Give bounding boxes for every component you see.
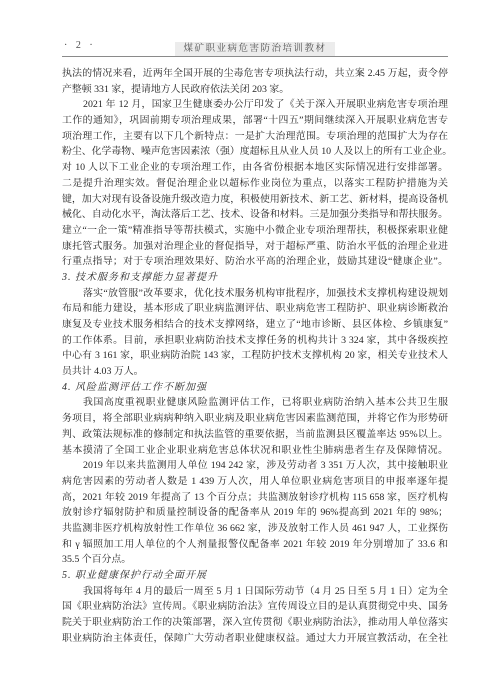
- running-title-text: 煤矿职业病危害防治培训教材: [175, 42, 334, 57]
- text-line: 械化、自动化水平，淘汰落后工艺、技术、设备和材料。三是加强分类指导和帮扶服务。: [62, 207, 448, 223]
- text-line: 职业病防治主体责任，保障广大劳动者职业健康权益。通过大力开展宣教活动，在全社: [62, 631, 448, 647]
- text-line: 的工作体系。目前，承担职业病防治技术支撑任务的机构共计 3 324 家，其中各级…: [62, 333, 448, 349]
- text-line: 工作的通知》，巩固前期专项治理成果，部署“十四五”期间继续深入开展职业病危害专: [62, 113, 448, 129]
- text-line: 康托管式服务。加强对治理企业的督促指导，对于超标严重、防治水平低的治理企业进: [62, 239, 448, 255]
- text-line: 国《职业病防治法》宣传周。《职业病防治法》宣传周设立目的是认真贯彻党中央、国务: [62, 599, 448, 615]
- header-rule: [62, 56, 448, 57]
- text-line: 病危害因素的劳动者人数是 1 439 万人次，用人单位职业病危害项目的申报率逐年…: [62, 474, 448, 490]
- text-line: 务项目，将全部职业病病种纳入职业病及职业病危害因素监测范围，并将它作为形势研: [62, 411, 448, 427]
- text-line: 康复及专业技术服务相结合的技术支撑网络，建立了“地市诊断、县区体检、乡镇康复”: [62, 317, 448, 333]
- text-line: 对 10 人以下工业企业的专项治理工作，由各省份根据本地区实际情况进行安排部署。: [62, 160, 448, 176]
- text-line: 布局和能力建设，基本形成了职业病监测评估、职业病危害工程防护、职业病诊断救治: [62, 301, 448, 317]
- text-line: 落实“放管服”改革要求，优化技术服务机构审批程序，加强技术支撑机构建设规划: [62, 286, 448, 302]
- section-heading: 5. 职业健康保护行动全面开展: [62, 568, 448, 584]
- text-line: 产整顿 331 家，提请地方人民政府依法关闭 203 家。: [62, 82, 448, 98]
- text-line: 中心有 3 161 家，职业病防治院 143 家，工程防护技术支撑机构 20 家…: [62, 348, 448, 364]
- text-line: 员共计 4.03 万人。: [62, 364, 448, 380]
- text-line: 和 γ 辐照加工用人单位的个人剂量报警仪配备率 2021 年较 2019 年分别…: [62, 537, 448, 553]
- text-line: 2021 年 12 月，国家卫生健康委办公厅印发了《关于深入开展职业病危害专项治…: [62, 97, 448, 113]
- text-line: 判、政策法规标准的修制定和执法监管的重要依据，当前监测县区覆盖率达 95%以上。: [62, 427, 448, 443]
- section-heading: 4. 风险监测评估工作不断加强: [62, 380, 448, 396]
- text-line: 建立“一企一策”精准指导等帮扶模式，实施中小微企业专项治理帮扶，积极探索职业健: [62, 223, 448, 239]
- text-line: 项治理工作，主要有以下几个新特点：一是扩大治理范围。专项治理的范围扩大为存在: [62, 129, 448, 145]
- document-page: · 2 · 煤矿职业病危害防治培训教材 执法的情况来看，近两年全国开展的尘毒危害…: [0, 0, 500, 699]
- page-body: 执法的情况来看，近两年全国开展的尘毒危害专项执法行动，共立案 2.45 万起，责…: [62, 66, 448, 646]
- text-line: 行重点指导；对于专项治理效果好、防治水平高的治理企业，鼓励其建设“健康企业”。: [62, 254, 448, 270]
- running-title: 煤矿职业病危害防治培训教材: [62, 40, 448, 54]
- text-line: 我国将每年 4 月的最后一周至 5 月 1 日国际劳动节（4 月 25 日至 5…: [62, 584, 448, 600]
- text-line: 院关于职业病防治工作的决策部署，深入宣传贯彻《职业病防治法》，推动用人单位落实: [62, 615, 448, 631]
- text-line: 我国高度重视职业健康风险监测评估工作，已将职业病防治纳入基本公共卫生服: [62, 395, 448, 411]
- text-line: 高，2021 年较 2019 年提高了 13 个百分点；共监测放射诊疗机构 11…: [62, 490, 448, 506]
- page-header: · 2 · 煤矿职业病危害防治培训教材: [62, 40, 448, 56]
- text-line: 35.5 个百分点。: [62, 552, 448, 568]
- text-line: 键，加大对现有设备设施升级改造力度，积极使用新技术、新工艺、新材料，提高设备机: [62, 192, 448, 208]
- text-line: 执法的情况来看，近两年全国开展的尘毒危害专项执法行动，共立案 2.45 万起，责…: [62, 66, 448, 82]
- text-line: 放射诊疗辐射防护和质量控制设备的配备率从 2019 年的 96%提高到 2021…: [62, 505, 448, 521]
- text-line: 共监测非医疗机构放射性工作单位 36 662 家，涉及放射工作人员 461 94…: [62, 521, 448, 537]
- text-line: 粉尘、化学毒物、噪声危害因素浓（强）度超标且从业人员 10 人及以上的所有工业企…: [62, 144, 448, 160]
- text-line: 基本摸清了全国工业企业职业病危害总体状况和职业性尘肺病患者生存及保障情况。: [62, 443, 448, 459]
- text-line: 二是提升治理实效。督促治理企业以超标作业岗位为重点，以落实工程防护措施为关: [62, 176, 448, 192]
- section-heading: 3. 技术服务和支撑能力显著提升: [62, 270, 448, 286]
- text-line: 2019 年以来共监测用人单位 194 242 家，涉及劳动者 3 351 万人…: [62, 458, 448, 474]
